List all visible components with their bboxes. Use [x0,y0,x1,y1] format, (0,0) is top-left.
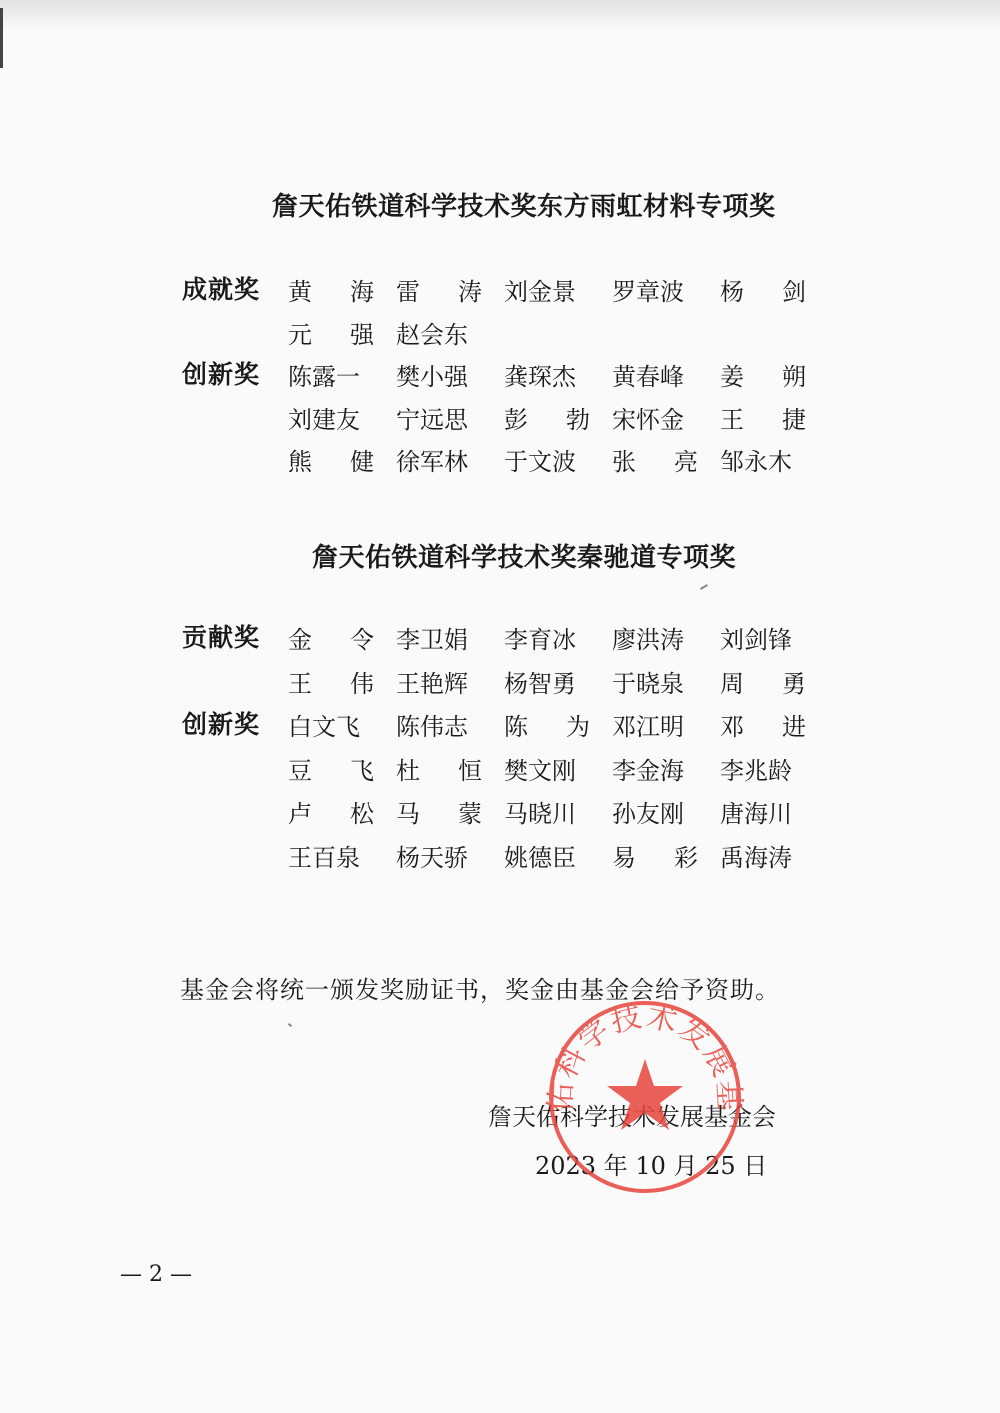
signature-date: 2023 年 10 月 25 日 [535,1146,767,1181]
awardee-name: 于晓泉 [612,664,720,704]
name-row: 刘建友宁远思彭勃宋怀金王捷 [288,400,828,440]
awardee-name: 姜朔 [720,357,828,397]
awardee-name: 彭勃 [504,400,612,440]
awardee-name: 王捷 [720,400,828,440]
awardee-name: 王艳辉 [396,664,504,704]
awardee-name: 金令 [288,620,396,660]
name-row: 元强赵会东 [288,315,504,355]
awardee-name: 宋怀金 [612,400,720,440]
name-row: 黄海雷涛刘金景罗章波杨剑 [288,272,828,312]
awardee-name: 杨剑 [720,272,828,312]
awardee-name: 樊小强 [396,357,504,397]
name-row: 卢松马蒙马晓川孙友刚唐海川 [288,794,828,834]
awardee-name: 王伟 [288,664,396,704]
award-note-paragraph: 基金会将统一颁发奖励证书，奖金由基金会给予资助。 [180,970,780,1005]
awardee-name: 于文波 [504,442,612,482]
scan-mark [700,584,708,590]
awardee-name: 杜恒 [396,751,504,791]
awardee-name: 邓江明 [612,707,720,747]
awardee-name: 樊文刚 [504,751,612,791]
award-category-label: 成就奖 [182,270,260,306]
awardee-name: 黄海 [288,272,396,312]
awardee-name: 白文飞 [288,707,396,747]
awardee-name: 杨智勇 [504,664,612,704]
name-row: 王百泉杨天骄姚德臣易彩禹海涛 [288,838,828,878]
svg-text:詹天佑科学技术发展基金会: 詹天佑科学技术发展基金会 [545,997,745,1113]
awardee-name: 姚德臣 [504,838,612,878]
section-title-dongfang: 詹天佑铁道科学技术奖东方雨虹材料专项奖 [272,186,776,223]
awardee-name: 陈伟志 [396,707,504,747]
awardee-name: 邹永木 [720,442,828,482]
awardee-name: 李兆龄 [720,751,828,791]
awardee-name: 李育冰 [504,620,612,660]
awardee-name: 李卫娟 [396,620,504,660]
name-row: 王伟王艳辉杨智勇于晓泉周勇 [288,664,828,704]
awardee-name: 张亮 [612,442,720,482]
awardee-name: 宁远思 [396,400,504,440]
awardee-name: 刘剑锋 [720,620,828,660]
awardee-name: 赵会东 [396,315,504,355]
name-row: 熊健徐军林于文波张亮邹永木 [288,442,828,482]
name-row: 陈露一樊小强龚琛杰黄春峰姜朔 [288,357,828,397]
awardee-name: 唐海川 [720,794,828,834]
awardee-name: 陈为 [504,707,612,747]
name-row: 白文飞陈伟志陈为邓江明邓进 [288,707,828,747]
award-category-label: 创新奖 [182,705,260,741]
awardee-name: 元强 [288,315,396,355]
award-category-label: 贡献奖 [182,618,260,654]
awardee-name: 马晓川 [504,794,612,834]
awardee-name: 孙友刚 [612,794,720,834]
awardee-name: 陈露一 [288,357,396,397]
awardee-name: 马蒙 [396,794,504,834]
awardee-name: 邓进 [720,707,828,747]
scan-edge [0,8,3,68]
awardee-name: 杨天骄 [396,838,504,878]
awardee-name: 徐军林 [396,442,504,482]
scan-shadow [0,0,1000,30]
awardee-name: 禹海涛 [720,838,828,878]
awardee-name: 李金海 [612,751,720,791]
name-row: 豆飞杜恒樊文刚李金海李兆龄 [288,751,828,791]
section-title-qinchidao: 詹天佑铁道科学技术奖秦驰道专项奖 [312,537,736,574]
awardee-name: 熊健 [288,442,396,482]
awardee-name: 豆飞 [288,751,396,791]
awardee-name: 黄春峰 [612,357,720,397]
awardee-name: 罗章波 [612,272,720,312]
award-category-label: 创新奖 [182,355,260,391]
page-number: — 2 — [120,1262,192,1287]
awardee-name: 易彩 [612,838,720,878]
signature-organization: 詹天佑科学技术发展基金会 [488,1097,776,1132]
awardee-name: 卢松 [288,794,396,834]
awardee-name: 王百泉 [288,838,396,878]
awardee-name: 刘建友 [288,400,396,440]
scan-mark [288,1023,292,1027]
awardee-name: 雷涛 [396,272,504,312]
name-row: 金令李卫娟李育冰廖洪涛刘剑锋 [288,620,828,660]
awardee-name: 廖洪涛 [612,620,720,660]
awardee-name: 周勇 [720,664,828,704]
awardee-name: 刘金景 [504,272,612,312]
awardee-name: 龚琛杰 [504,357,612,397]
